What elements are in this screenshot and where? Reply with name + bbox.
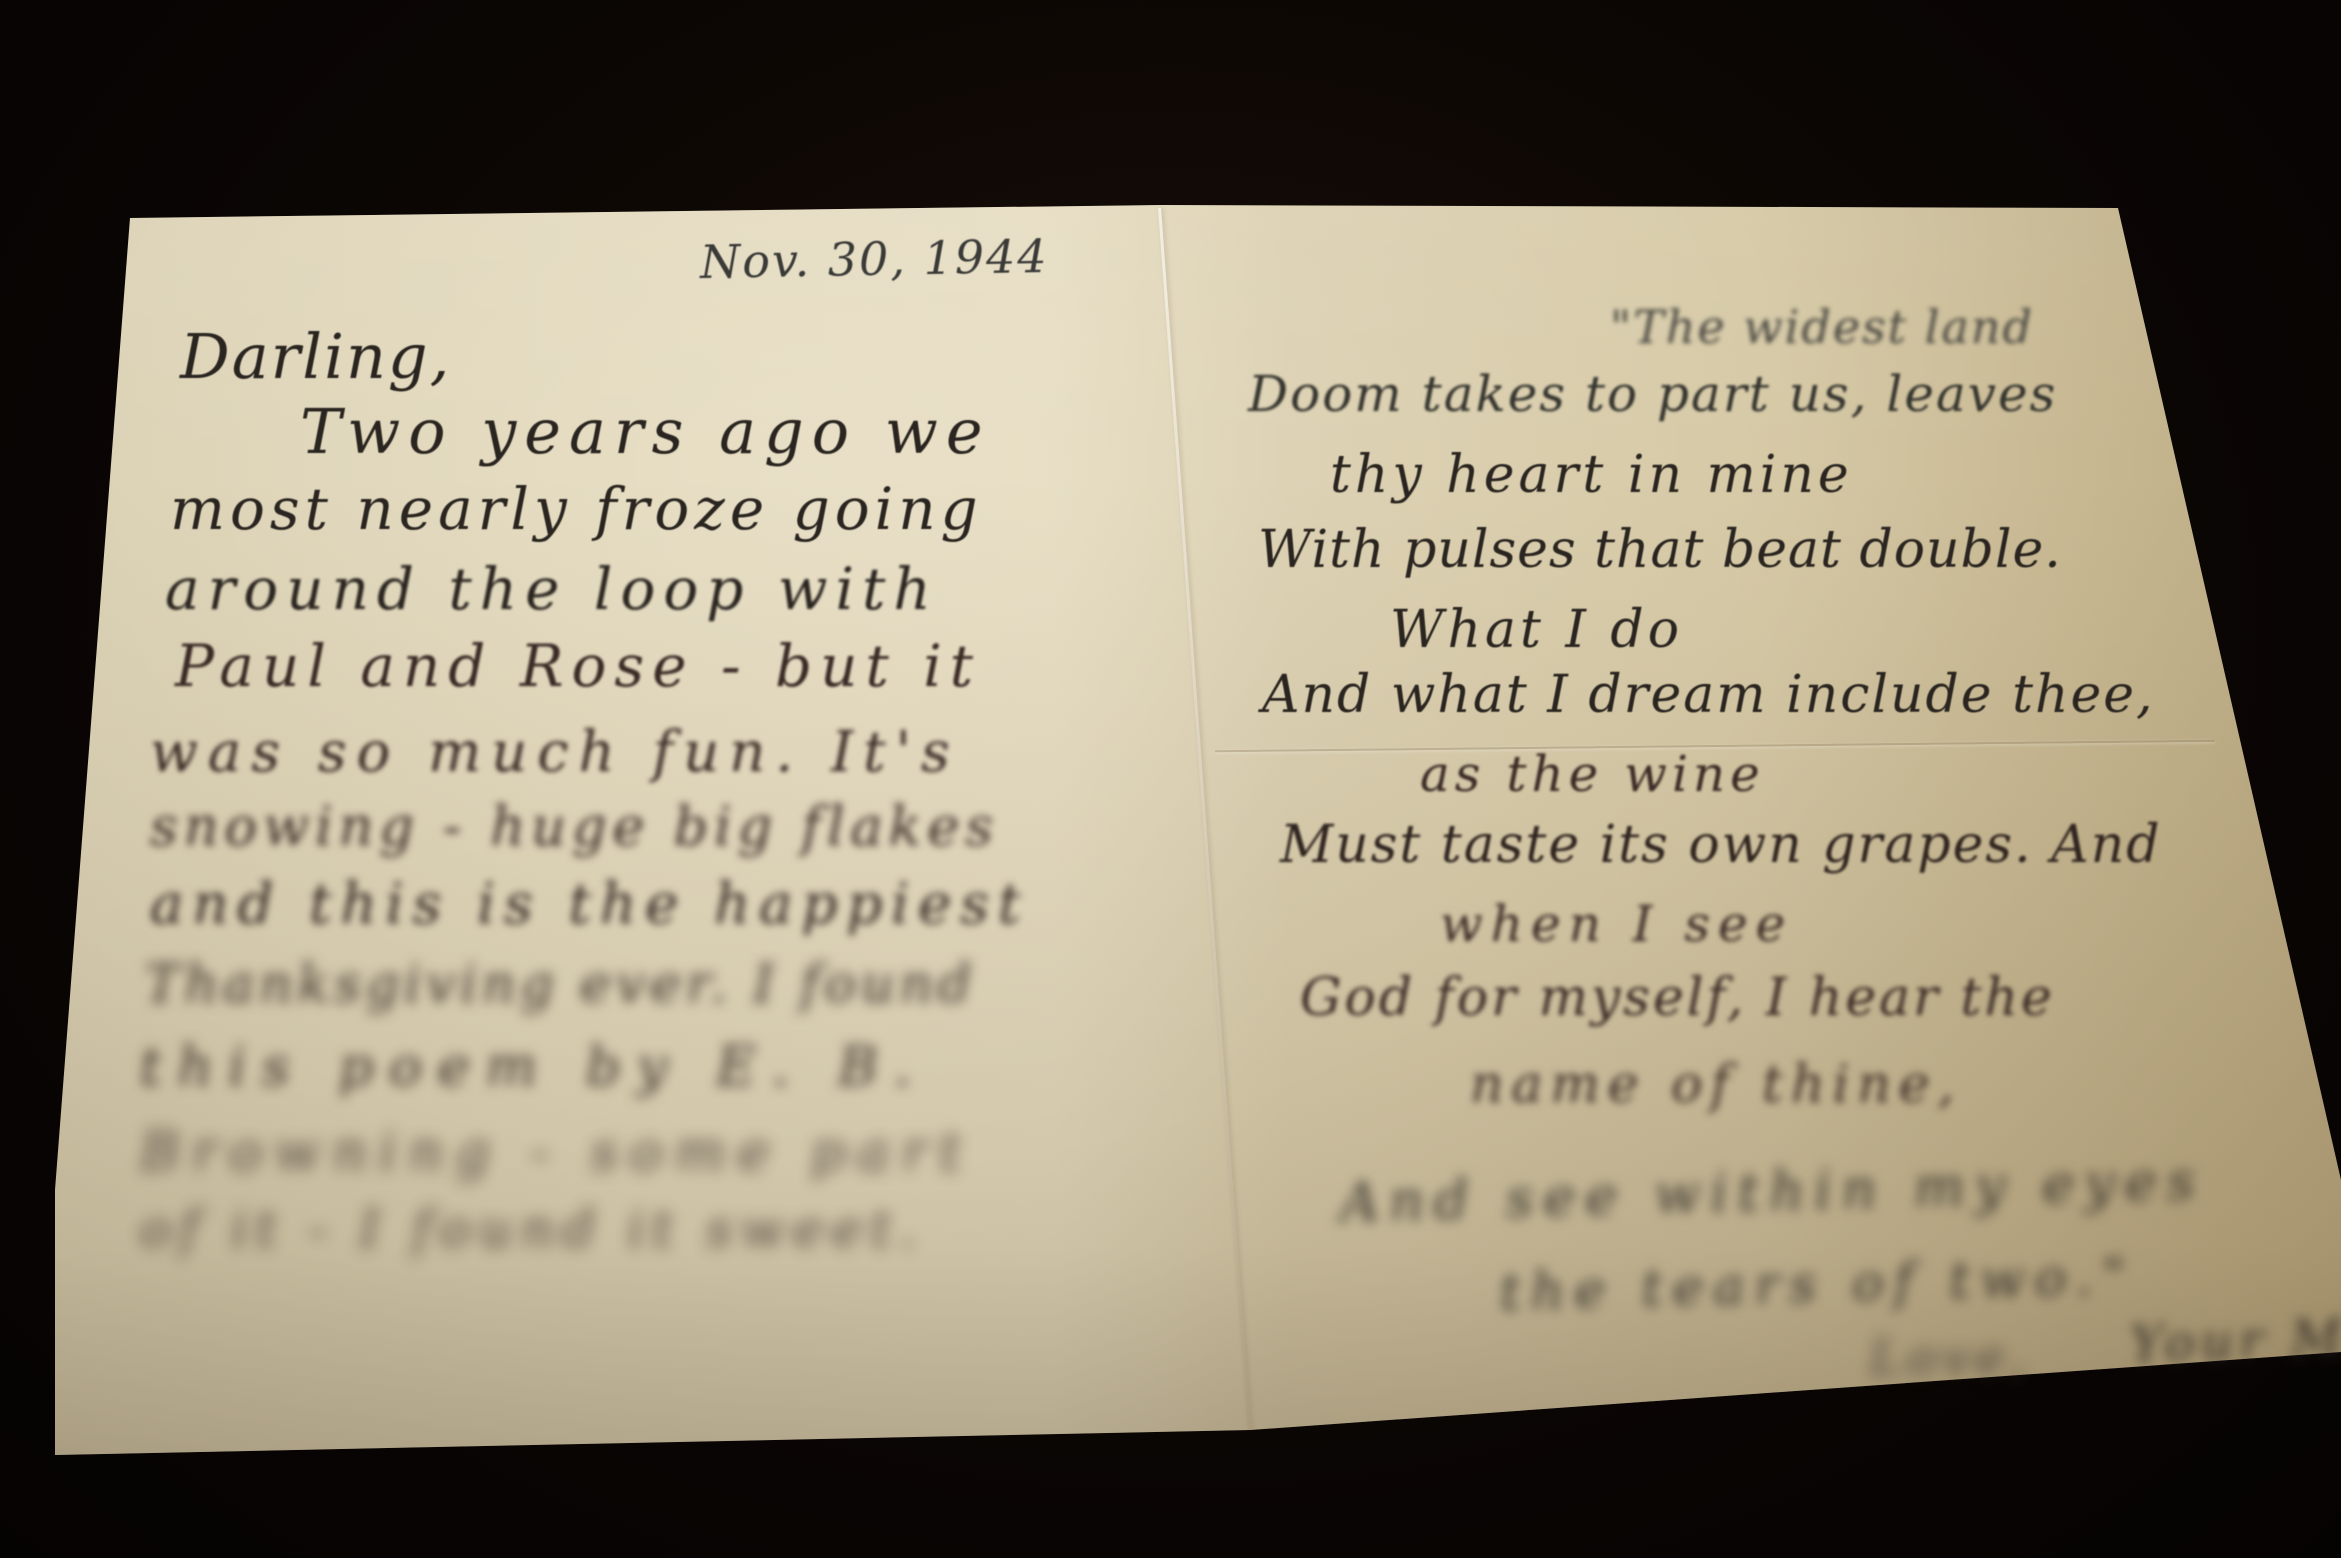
letter-line: Thanksgiving ever. I found	[145, 955, 976, 1015]
letter-line: snowing - huge big flakes	[150, 795, 999, 858]
letter-closing: Love,	[1870, 1330, 2032, 1386]
poem-line: With pulses that beat double.	[1258, 520, 2062, 580]
letter-line: Paul and Rose - but it	[175, 632, 981, 700]
poem-line: God for myself, I hear the	[1300, 968, 2055, 1028]
poem-line: thy heart in mine	[1330, 445, 1853, 505]
poem-line: Must taste its own grapes. And	[1280, 815, 2162, 875]
poem-line: What I do	[1390, 600, 1683, 660]
letter-line: was so much fun. It's	[150, 720, 960, 785]
poem-line: when I see	[1440, 895, 1793, 953]
poem-line: Doom takes to part us, leaves	[1248, 365, 2057, 423]
letter-date: Nov. 30, 1944	[700, 229, 1049, 289]
letter-line: of it - I found it sweet.	[140, 1200, 924, 1260]
letter-line: Browning - some part	[140, 1120, 973, 1183]
signature: Your Mary	[2129, 1304, 2341, 1373]
salutation: Darling,	[180, 320, 451, 393]
poem-line: as the wine	[1420, 745, 1765, 803]
letter-line: around the loop with	[165, 555, 939, 623]
poem-line: And what I dream include thee,	[1262, 665, 2155, 725]
letter-line: and this is the happiest	[150, 872, 1030, 937]
poem-line: name of thine,	[1470, 1055, 1962, 1115]
letter-line: this poem by E. B.	[140, 1035, 927, 1098]
letter-line: most nearly froze going	[170, 475, 983, 543]
letter-line: Two years ago we	[300, 395, 991, 468]
poem-line: "The widest land	[1610, 300, 2034, 354]
